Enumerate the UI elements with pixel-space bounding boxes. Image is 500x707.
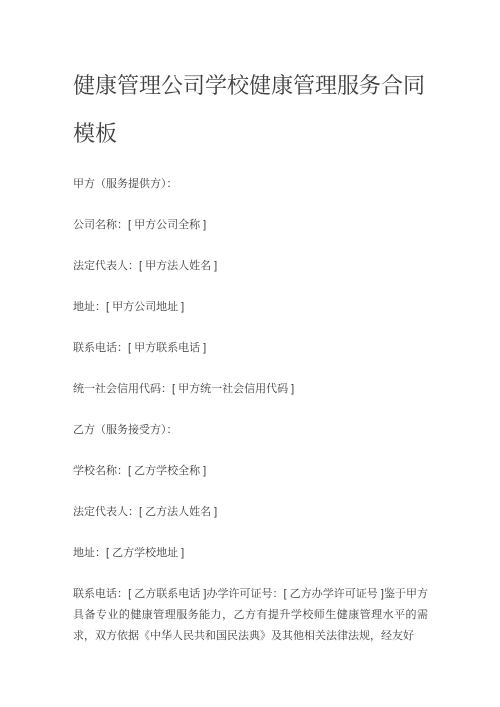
document-title: 健康管理公司学校健康管理服务合同模板 [73, 62, 428, 158]
party-a-legal-rep-line: 法定代表人：[ 甲方法人姓名 ] [73, 256, 428, 277]
party-a-address-line: 地址：[ 甲方公司地址 ] [73, 297, 428, 318]
party-b-school-name-line: 学校名称：[ 乙方学校全称 ] [73, 461, 428, 482]
party-b-heading: 乙方（服务接受方）： [73, 420, 428, 441]
party-b-address-line: 地址：[ 乙方学校地址 ] [73, 543, 428, 564]
document-page: 健康管理公司学校健康管理服务合同模板 甲方（服务提供方）： 公司名称：[ 甲方公… [0, 0, 500, 707]
party-a-credit-code-line: 统一社会信用代码：[ 甲方统一社会信用代码 ] [73, 379, 428, 400]
party-a-heading: 甲方（服务提供方）： [73, 174, 428, 195]
party-b-legal-rep-line: 法定代表人：[ 乙方法人姓名 ] [73, 502, 428, 523]
document-content: 健康管理公司学校健康管理服务合同模板 甲方（服务提供方）： 公司名称：[ 甲方公… [0, 0, 500, 647]
party-b-phone-and-preamble: 联系电话：[ 乙方联系电话 ]办学许可证号：[ 乙方办学许可证号 ]鉴于甲方具备… [73, 584, 428, 647]
party-a-phone-line: 联系电话：[ 甲方联系电话 ] [73, 338, 428, 359]
party-a-company-name-line: 公司名称：[ 甲方公司全称 ] [73, 215, 428, 236]
